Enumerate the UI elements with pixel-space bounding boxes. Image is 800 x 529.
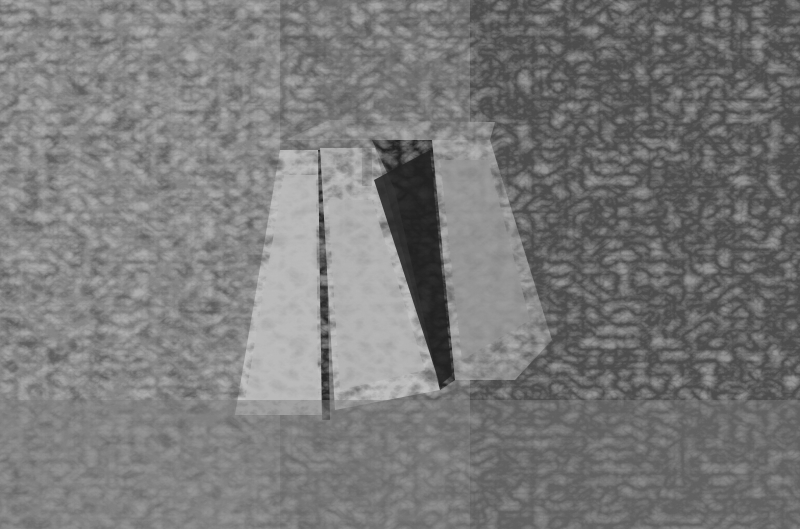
scene [0,0,800,529]
film-grain [0,0,800,529]
photograph [0,0,800,529]
